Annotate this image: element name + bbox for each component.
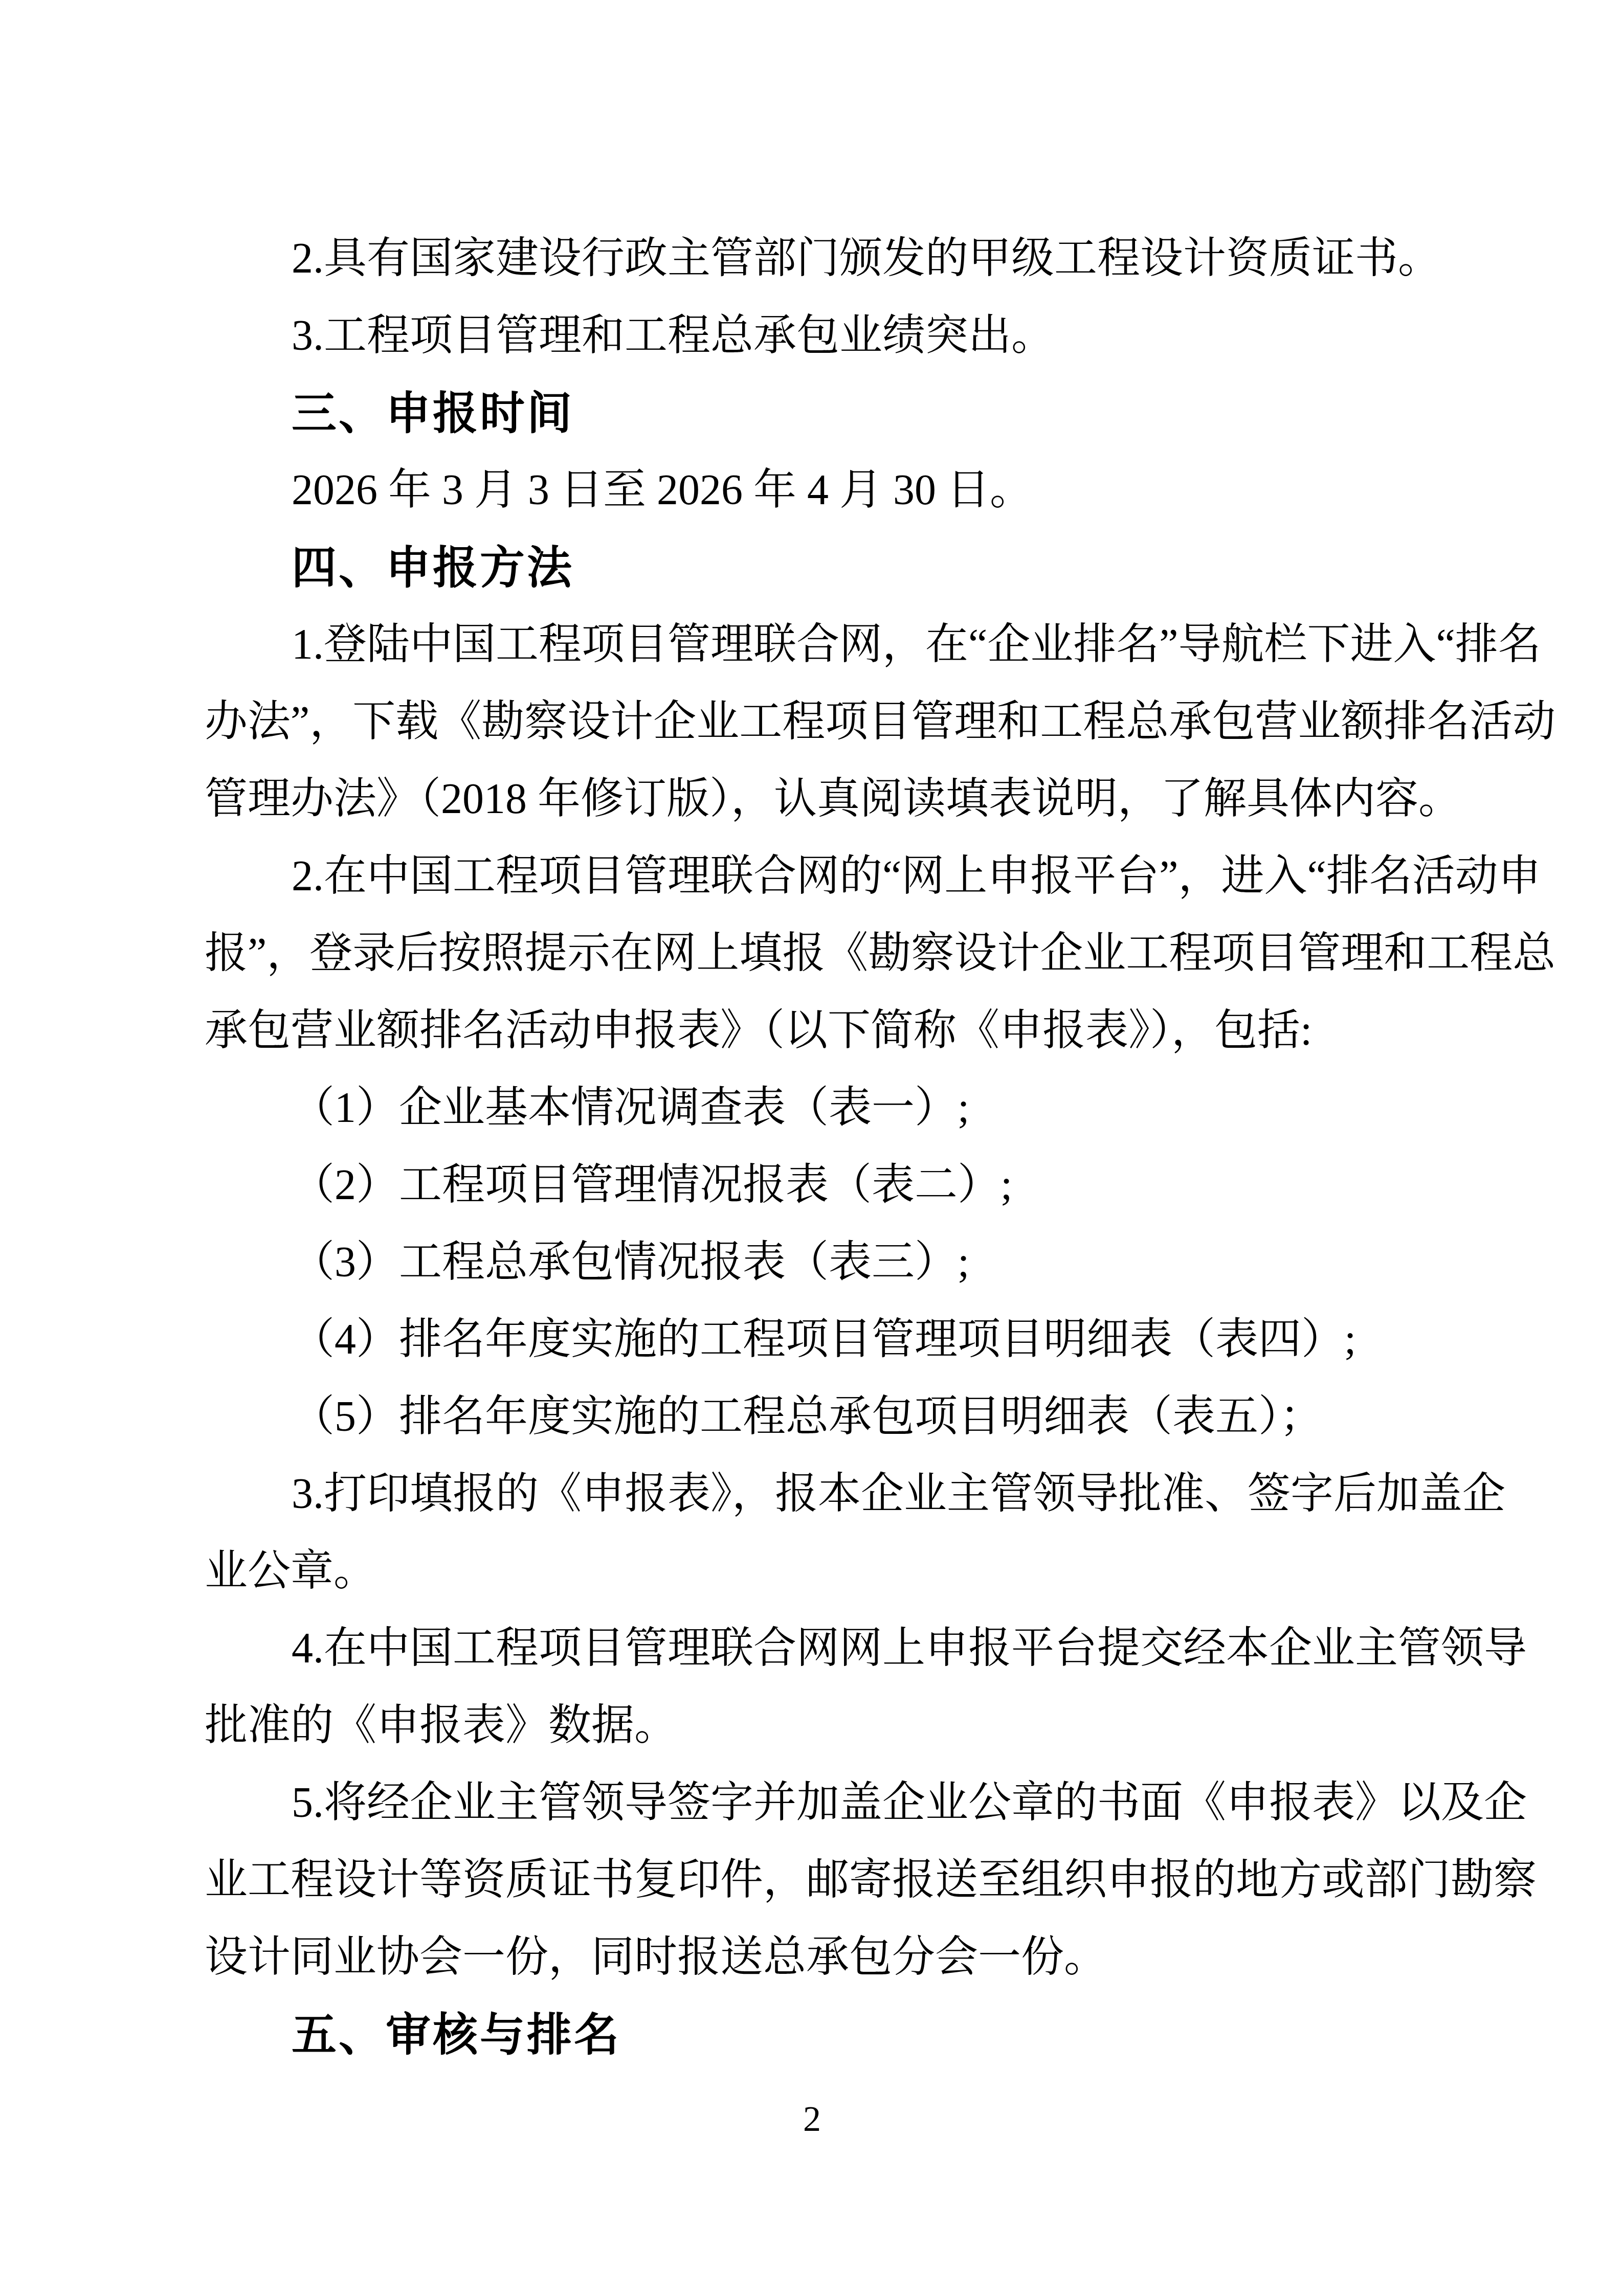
text-line: 4.在中国工程项目管理联合网网上申报平台提交经本企业主管领导 (205, 1610, 1422, 1687)
section-heading: 五、审核与排名 (205, 1996, 1422, 2073)
text-line: 2026 年 3 月 3 日至 2026 年 4 月 30 日。 (205, 452, 1422, 529)
list-item: （5）排名年度实施的工程总承包项目明细表（表五）； (205, 1378, 1422, 1455)
text-line: 办法”，下载《勘察设计企业工程项目管理和工程总承包营业额排名活动 (205, 683, 1422, 760)
list-item: （4）排名年度实施的工程项目管理项目明细表（表四）; (205, 1301, 1422, 1378)
text-line: 承包营业额排名活动申报表》（以下简称《申报表》），包括: (205, 992, 1422, 1069)
text-line: 设计同业协会一份，同时报送总承包分会一份。 (205, 1919, 1422, 1996)
text-line: 2.在中国工程项目管理联合网的“网上申报平台”，进入“排名活动申 (205, 838, 1422, 915)
text-line: 2.具有国家建设行政主管部门颁发的甲级工程设计资质证书。 (205, 220, 1422, 297)
document-body: 2.具有国家建设行政主管部门颁发的甲级工程设计资质证书。 3.工程项目管理和工程… (205, 220, 1422, 2073)
text-line: 业工程设计等资质证书复印件，邮寄报送至组织申报的地方或部门勘察 (205, 1841, 1422, 1919)
text-line: 5.将经企业主管领导签字并加盖企业公章的书面《申报表》以及企 (205, 1764, 1422, 1841)
text-line: 业公章。 (205, 1533, 1422, 1610)
text-line: 1.登陆中国工程项目管理联合网，在“企业排名”导航栏下进入“排名 (205, 606, 1422, 683)
list-item: （1）企业基本情况调查表（表一）; (205, 1069, 1422, 1146)
page-number: 2 (0, 2097, 1624, 2143)
list-item: （3）工程总承包情况报表（表三）; (205, 1224, 1422, 1301)
text-line: 报”，登录后按照提示在网上填报《勘察设计企业工程项目管理和工程总 (205, 915, 1422, 992)
list-item: （2）工程项目管理情况报表（表二）; (205, 1146, 1422, 1224)
text-line: 3.打印填报的《申报表》，报本企业主管领导批准、签字后加盖企 (205, 1455, 1422, 1533)
text-line: 管理办法》（2018 年修订版），认真阅读填表说明，了解具体内容。 (205, 760, 1422, 838)
section-heading: 四、申报方法 (205, 529, 1422, 606)
text-line: 批准的《申报表》数据。 (205, 1687, 1422, 1764)
text-line: 3.工程项目管理和工程总承包业绩突出。 (205, 297, 1422, 374)
section-heading: 三、申报时间 (205, 374, 1422, 452)
document-page: 2.具有国家建设行政主管部门颁发的甲级工程设计资质证书。 3.工程项目管理和工程… (0, 0, 1624, 2296)
